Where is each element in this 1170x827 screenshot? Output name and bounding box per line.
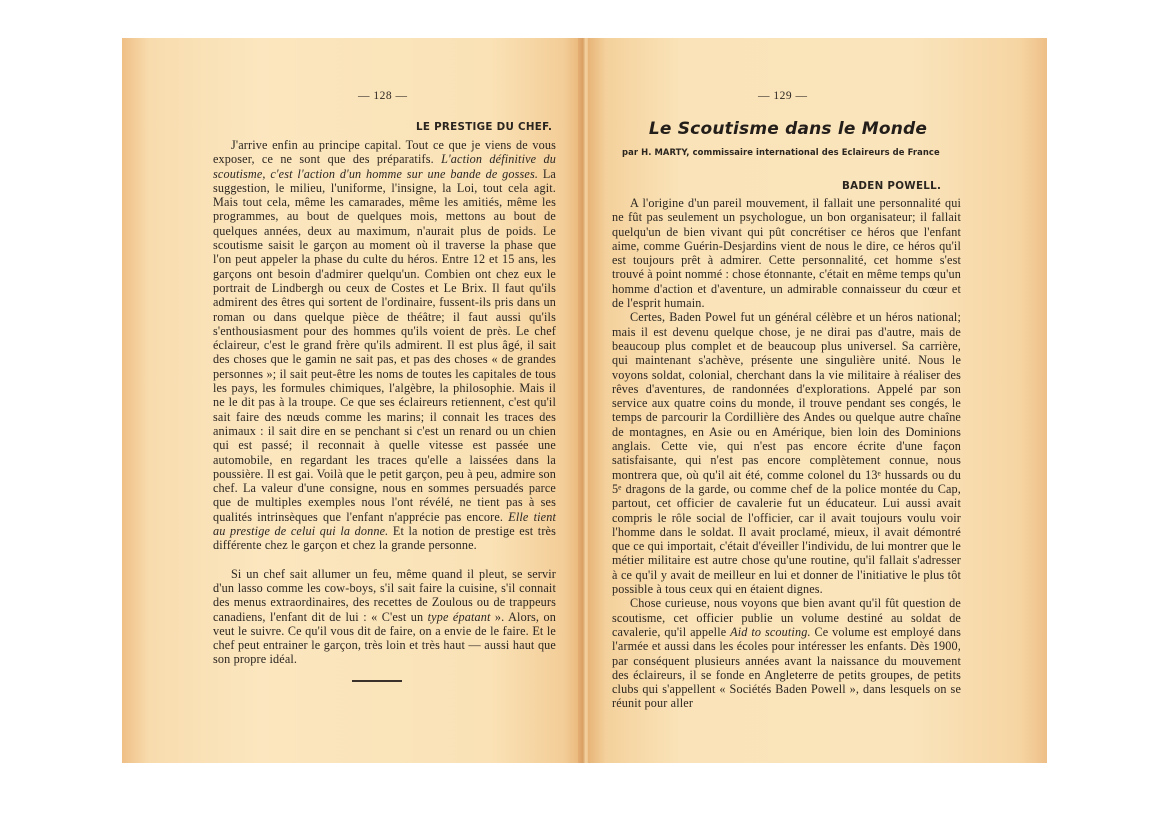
text-run: Certes, Baden Powel fut un général célèb… [612, 310, 961, 596]
right-page: — 129 — Le Scoutisme dans le Monde par H… [588, 38, 1047, 763]
page-number: — 128 — [358, 90, 408, 102]
section-heading: LE PRESTIGE DU CHEF. [416, 121, 552, 133]
section-end-rule [352, 680, 402, 682]
byline: par H. MARTY, commissaire international … [622, 147, 962, 157]
paragraph: Chose curieuse, nous voyons que bien ava… [612, 596, 961, 710]
paragraph: Certes, Baden Powel fut un général célèb… [612, 310, 961, 596]
paragraph: Si un chef sait allumer un feu, même qua… [213, 567, 556, 667]
chapter-title: Le Scoutisme dans le Monde [588, 119, 988, 139]
body-text: J'arrive enfin au principe capital. Tout… [213, 138, 556, 667]
italic-run: Aid to scouting. [730, 625, 811, 639]
paragraph: J'arrive enfin au principe capital. Tout… [213, 138, 556, 553]
text-run: A l'origine d'un pareil mouvement, il fa… [612, 196, 961, 310]
section-heading: BADEN POWELL. [842, 180, 941, 192]
text-run: La suggestion, le milieu, l'uniforme, l'… [213, 167, 556, 524]
paragraph: A l'origine d'un pareil mouvement, il fa… [612, 196, 961, 310]
body-text: A l'origine d'un pareil mouvement, il fa… [612, 196, 961, 711]
italic-run: type épatant [428, 610, 491, 624]
book-spread: — 128 — LE PRESTIGE DU CHEF. J'arrive en… [122, 38, 1047, 763]
page-number: — 129 — [758, 90, 808, 102]
left-page: — 128 — LE PRESTIGE DU CHEF. J'arrive en… [122, 38, 582, 763]
